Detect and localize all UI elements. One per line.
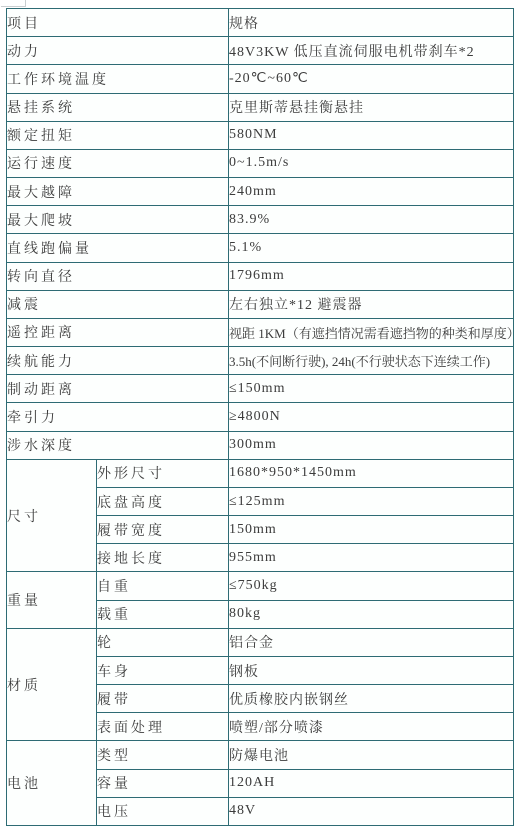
value-cell: 955mm [229, 544, 514, 572]
sub-item-cell: 履带宽度 [97, 516, 229, 544]
sub-item-cell: 车身 [97, 656, 229, 684]
group-label-cell: 材质 [7, 628, 97, 741]
value-cell: 120AH [229, 769, 514, 797]
table-row: 牵引力 ≥4800N [7, 403, 514, 431]
value-cell: 防爆电池 [229, 741, 514, 769]
item-label-cell: 牵引力 [7, 403, 229, 431]
sub-item-cell: 轮 [97, 628, 229, 656]
item-label-cell: 减震 [7, 290, 229, 318]
table-row: 减震 左右独立*12 避震器 [7, 290, 514, 318]
value-cell: 5.1% [229, 234, 514, 262]
item-label-cell: 制动距离 [7, 375, 229, 403]
item-label-cell: 涉水深度 [7, 431, 229, 459]
item-label-cell: 遥控距离 [7, 318, 229, 346]
value-cell: 150mm [229, 516, 514, 544]
spec-sheet-page: { "colors": { "table_border": "#2e6b74",… [0, 0, 520, 828]
value-cell: 83.9% [229, 206, 514, 234]
table-row: 动力 48V3KW 低压直流伺服电机带刹车*2 [7, 37, 514, 65]
header-spec-cell: 规格 [229, 9, 514, 37]
item-label-cell: 转向直径 [7, 262, 229, 290]
item-label-cell: 最大爬坡 [7, 206, 229, 234]
sub-item-cell: 履带 [97, 685, 229, 713]
header-item-cell: 项目 [7, 9, 229, 37]
value-cell: 80kg [229, 600, 514, 628]
item-label-cell: 直线跑偏量 [7, 234, 229, 262]
value-cell: 视距 1KM（有遮挡情况需看遮挡物的种类和厚度） [229, 318, 514, 346]
value-cell: 3.5h(不间断行驶), 24h(不行驶状态下连续工作) [229, 347, 514, 375]
sub-item-cell: 外形尺寸 [97, 459, 229, 487]
table-row: 续航能力 3.5h(不间断行驶), 24h(不行驶状态下连续工作) [7, 347, 514, 375]
table-row: 转向直径 1796mm [7, 262, 514, 290]
item-label-cell: 动力 [7, 37, 229, 65]
sub-item-cell: 类型 [97, 741, 229, 769]
item-label-cell: 悬挂系统 [7, 93, 229, 121]
value-cell: 1680*950*1450mm [229, 459, 514, 487]
item-label-cell: 最大越障 [7, 178, 229, 206]
value-cell: 克里斯蒂悬挂衡悬挂 [229, 93, 514, 121]
item-label-cell: 运行速度 [7, 149, 229, 177]
value-cell: ≥4800N [229, 403, 514, 431]
group-label-cell: 电池 [7, 741, 97, 826]
sub-item-cell: 电压 [97, 797, 229, 825]
table-row: 材质 轮 铝合金 [7, 628, 514, 656]
header-row: 项目 规格 [7, 9, 514, 37]
sub-item-cell: 自重 [97, 572, 229, 600]
table-row: 重量 自重 ≤750kg [7, 572, 514, 600]
value-cell: ≤750kg [229, 572, 514, 600]
table-row: 尺寸 外形尺寸 1680*950*1450mm [7, 459, 514, 487]
spec-table: 项目 规格 动力 48V3KW 低压直流伺服电机带刹车*2 工作环境温度 -20… [6, 8, 514, 826]
value-cell: 0~1.5m/s [229, 149, 514, 177]
table-row: 制动距离 ≤150mm [7, 375, 514, 403]
sub-item-cell: 表面处理 [97, 713, 229, 741]
value-cell: ≤150mm [229, 375, 514, 403]
value-cell: 左右独立*12 避震器 [229, 290, 514, 318]
table-row: 最大爬坡 83.9% [7, 206, 514, 234]
item-label-cell: 续航能力 [7, 347, 229, 375]
table-row: 直线跑偏量 5.1% [7, 234, 514, 262]
group-label-cell: 尺寸 [7, 459, 97, 572]
value-cell: 钢板 [229, 656, 514, 684]
sub-item-cell: 底盘高度 [97, 487, 229, 515]
value-cell: 300mm [229, 431, 514, 459]
value-cell: 48V [229, 797, 514, 825]
item-label-cell: 额定扭矩 [7, 121, 229, 149]
value-cell: -20℃~60℃ [229, 65, 514, 93]
group-label-cell: 重量 [7, 572, 97, 628]
table-row: 最大越障 240mm [7, 178, 514, 206]
value-cell: 240mm [229, 178, 514, 206]
table-row: 额定扭矩 580NM [7, 121, 514, 149]
item-label-cell: 工作环境温度 [7, 65, 229, 93]
value-cell: 1796mm [229, 262, 514, 290]
table-row: 电池 类型 防爆电池 [7, 741, 514, 769]
table-row: 遥控距离 视距 1KM（有遮挡情况需看遮挡物的种类和厚度） [7, 318, 514, 346]
value-cell: 优质橡胶内嵌钢丝 [229, 685, 514, 713]
value-cell: 铝合金 [229, 628, 514, 656]
sub-item-cell: 容量 [97, 769, 229, 797]
sub-item-cell: 接地长度 [97, 544, 229, 572]
value-cell: 喷塑/部分喷漆 [229, 713, 514, 741]
sub-item-cell: 载重 [97, 600, 229, 628]
table-row: 涉水深度 300mm [7, 431, 514, 459]
table-row: 工作环境温度 -20℃~60℃ [7, 65, 514, 93]
value-cell: 48V3KW 低压直流伺服电机带刹车*2 [229, 37, 514, 65]
table-row: 悬挂系统 克里斯蒂悬挂衡悬挂 [7, 93, 514, 121]
table-row: 运行速度 0~1.5m/s [7, 149, 514, 177]
value-cell: ≤125mm [229, 487, 514, 515]
spreadsheet-corner-artifact [1, 0, 26, 7]
value-cell: 580NM [229, 121, 514, 149]
